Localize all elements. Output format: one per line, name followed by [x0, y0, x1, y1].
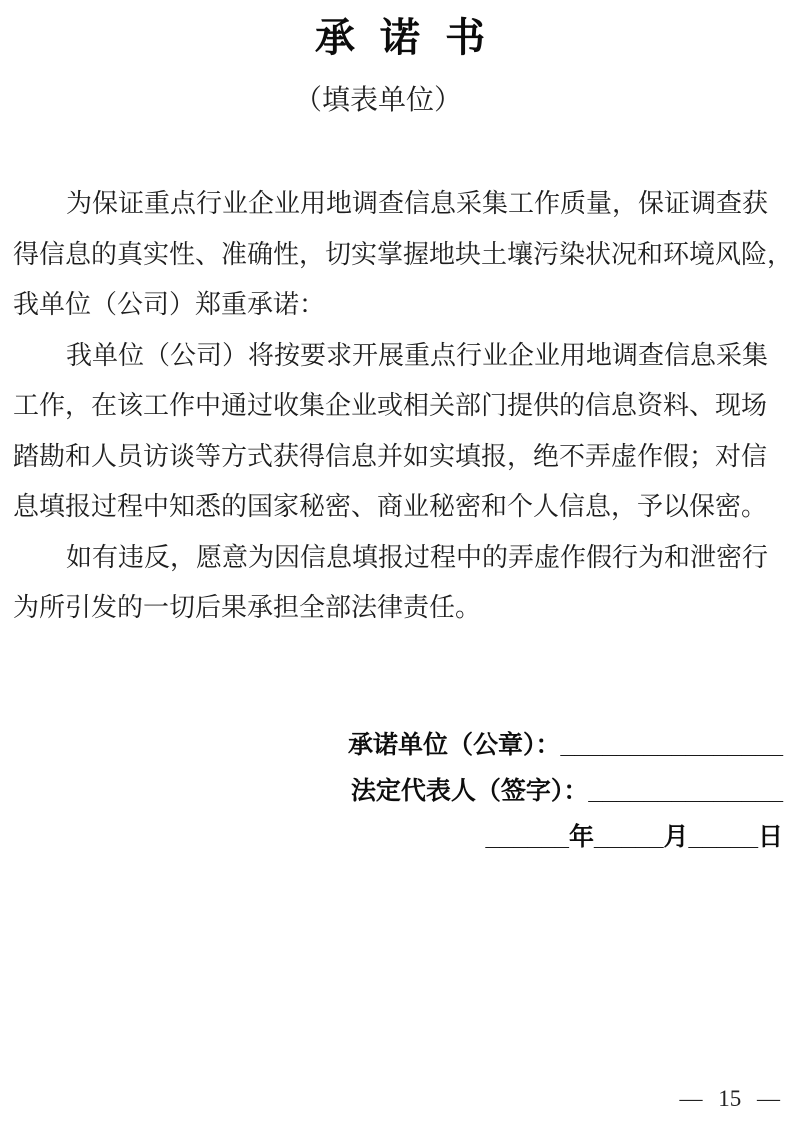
body-line: 我单位（公司）将按要求开展重点行业企业用地调查信息采集 — [13, 331, 797, 382]
body-text: 为保证重点行业企业用地调查信息采集工作质量，保证调查获 得信息的真实性、准确性，… — [13, 179, 797, 634]
body-line: 得信息的真实性、准确性，切实掌握地块土壤污染状况和环境风险， — [13, 230, 797, 281]
body-line: 踏勘和人员访谈等方式获得信息并如实填报，绝不弄虚作假；对信 — [13, 432, 797, 483]
signature-representative-label: 法定代表人（签字）： — [351, 777, 589, 805]
body-line: 息填报过程中知悉的国家秘密、商业秘密和个人信息，予以保密。 — [13, 482, 797, 533]
document-title: 承 诺 书 — [0, 6, 800, 63]
signature-date-line: ______年_____月_____日 — [348, 814, 783, 860]
body-line: 我单位（公司）郑重承诺： — [13, 280, 797, 331]
signature-unit-line: 承诺单位（公章）：________________ — [348, 722, 783, 768]
body-line: 为保证重点行业企业用地调查信息采集工作质量，保证调查获 — [13, 179, 797, 230]
signature-representative-line: 法定代表人（签字）：______________ — [348, 768, 783, 814]
signature-unit-blank-line: ________________ — [561, 731, 783, 759]
body-line: 工作，在该工作中通过收集企业或相关部门提供的信息资料、现场 — [13, 381, 797, 432]
signature-block: 承诺单位（公章）：________________ 法定代表人（签字）：____… — [348, 722, 783, 860]
body-line: 为所引发的一切后果承担全部法律责任。 — [13, 583, 797, 634]
document-page: 承 诺 书 （填表单位） 为保证重点行业企业用地调查信息采集工作质量，保证调查获… — [0, 0, 800, 1124]
page-number: — 15 — — [680, 1086, 781, 1112]
document-subtitle: （填表单位） — [0, 78, 800, 118]
signature-unit-label: 承诺单位（公章）： — [348, 731, 561, 759]
body-line: 如有违反，愿意为因信息填报过程中的弄虚作假行为和泄密行 — [13, 533, 797, 584]
signature-representative-blank-line: ______________ — [588, 777, 783, 805]
